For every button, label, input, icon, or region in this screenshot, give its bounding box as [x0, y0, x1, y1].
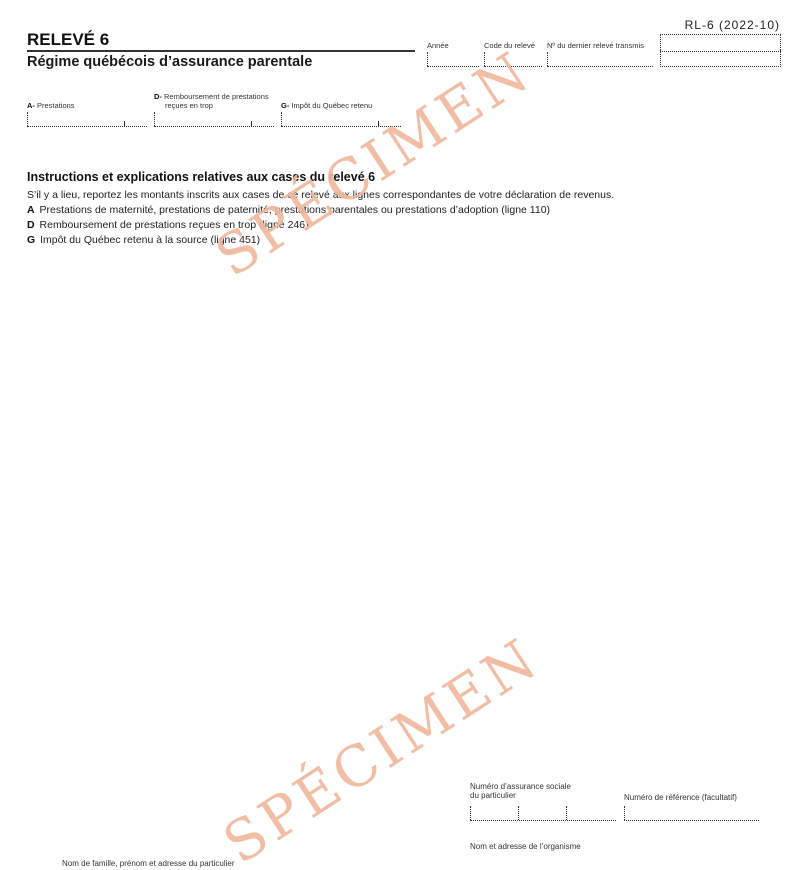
- instruction-d-letter: D: [27, 219, 35, 231]
- box-a-text: Prestations: [37, 101, 75, 110]
- box-d-field[interactable]: [154, 112, 274, 127]
- reference-label: Numéro de référence (facultatif): [624, 793, 737, 802]
- box-a-field[interactable]: [27, 112, 147, 127]
- code-releve-field[interactable]: [484, 52, 542, 67]
- dernier-releve-field[interactable]: [547, 52, 653, 67]
- organisme-label: Nom et adresse de l’organisme: [470, 842, 581, 851]
- box-d-label: D- Remboursement de prestationsreçues en…: [154, 92, 269, 110]
- page-subtitle: Régime québécois d’assurance parentale: [27, 54, 312, 70]
- box-d-letter: D-: [154, 92, 162, 101]
- instruction-a-text: Prestations de maternité, prestations de…: [40, 204, 551, 216]
- title-divider: [27, 50, 415, 52]
- instruction-g-letter: G: [27, 234, 35, 246]
- box-a-label: A- Prestations: [27, 101, 75, 110]
- page-title: RELEVÉ 6: [27, 30, 109, 50]
- instruction-d: D Remboursement de prestations reçues en…: [27, 219, 309, 231]
- box-d-text: Remboursement de prestations: [164, 92, 269, 101]
- specimen-watermark-top: SPÉCIMEN: [205, 39, 543, 290]
- box-g-text: Impôt du Québec retenu: [291, 101, 372, 110]
- box-g-label: G- Impôt du Québec retenu: [281, 101, 372, 110]
- box-a-letter: A-: [27, 101, 35, 110]
- reference-field[interactable]: [624, 806, 759, 821]
- instruction-g-text: Impôt du Québec retenu à la source (lign…: [40, 234, 260, 246]
- box-top-right-lower[interactable]: [660, 50, 781, 67]
- box-d-text-2: reçues en trop: [154, 101, 213, 110]
- specimen-watermark-bottom: SPÉCIMEN: [213, 626, 551, 870]
- instructions-intro: S’il y a lieu, reportez les montants ins…: [27, 189, 614, 201]
- instructions-title: Instructions et explications relatives a…: [27, 170, 375, 184]
- nas-field[interactable]: [470, 806, 616, 821]
- code-releve-label: Code du relevé: [484, 41, 535, 50]
- nas-label: Numéro d’assurance socialedu particulier: [470, 782, 571, 800]
- nas-label-line-1: Numéro d’assurance sociale: [470, 782, 571, 791]
- instruction-d-text: Remboursement de prestations reçues en t…: [40, 219, 309, 231]
- box-g-letter: G-: [281, 101, 289, 110]
- form-code: RL-6 (2022-10): [685, 18, 780, 32]
- instruction-a-letter: A: [27, 204, 35, 216]
- instruction-g: G Impôt du Québec retenu à la source (li…: [27, 234, 260, 246]
- annee-label: Année: [427, 41, 449, 50]
- nas-label-line-2: du particulier: [470, 791, 516, 800]
- annee-field[interactable]: [427, 52, 479, 67]
- box-g-field[interactable]: [281, 112, 401, 127]
- instruction-a: A Prestations de maternité, prestations …: [27, 204, 550, 216]
- particulier-label: Nom de famille, prénom et adresse du par…: [62, 859, 235, 868]
- dernier-releve-label: Nº du dernier relevé transmis: [547, 41, 644, 50]
